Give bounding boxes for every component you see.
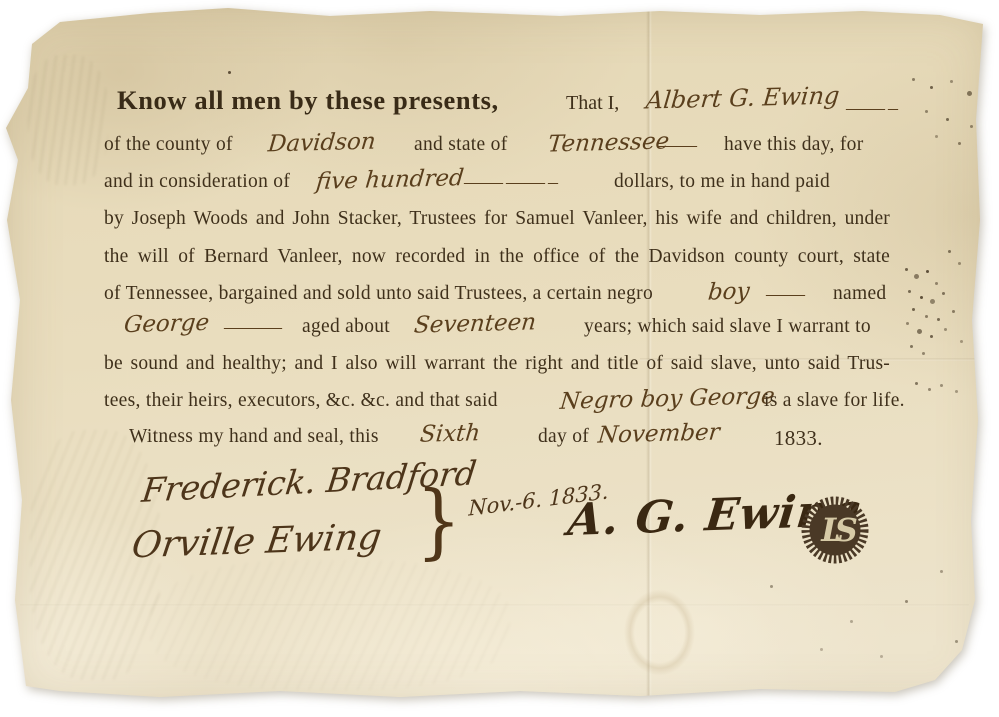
witness-signature-orville-ewing: Orville Ewing — [129, 517, 384, 567]
body-line6: of Tennessee, bargained and sold unto sa… — [104, 283, 653, 305]
ink-showthrough-top-left — [28, 55, 108, 185]
document-heading: Know all men by these presents, — [117, 85, 499, 116]
line2-tail: have this day, for — [724, 134, 864, 156]
aged-about-label: aged about — [302, 316, 390, 338]
line7-dash: ——— — [224, 316, 281, 339]
county-handwritten: Davidson — [267, 129, 377, 158]
body-line8: be sound and healthy; and I also will wa… — [104, 353, 890, 375]
negro-boy-george-handwritten: Negro boy George — [559, 383, 776, 415]
boy-handwritten: boy — [707, 278, 751, 305]
scanned-document-image: Know all men by these presents, That I, … — [0, 0, 999, 717]
year-printed: 1833. — [774, 426, 823, 451]
slave-for-life-label: is a slave for life. — [764, 390, 905, 412]
grantor-name-handwritten: Albert G. Ewing — [645, 81, 841, 114]
horizontal-crease-bottom — [20, 604, 969, 607]
day-of-label: day of — [538, 426, 589, 448]
county-label: of the county of — [104, 134, 233, 156]
body-line4: by Joseph Woods and John Stacker, Truste… — [104, 208, 890, 230]
line6-named: named — [833, 283, 886, 305]
body-line5: the will of Bernard Vanleer, now recorde… — [104, 246, 890, 268]
line6-dash: —— — [766, 283, 804, 306]
notary-seal: LS — [799, 494, 871, 566]
water-stain — [612, 575, 707, 690]
heading-dash: —— – — [846, 97, 897, 120]
state-label: and state of — [414, 134, 507, 156]
amount-handwritten: five hundred — [315, 165, 465, 195]
slave-name-handwritten: George — [123, 310, 211, 338]
month-handwritten: November — [597, 419, 721, 448]
state-handwritten: Tennessee — [547, 128, 671, 157]
signature-brace: } — [416, 472, 461, 568]
ink-showthrough-bottom-center — [150, 560, 510, 690]
body-line9: tees, their heirs, executors, &c. &c. an… — [104, 390, 498, 412]
heading-that-i: That I, — [566, 92, 619, 115]
line3-tail: dollars, to me in hand paid — [614, 171, 830, 193]
line7-tail: years; which said slave I warrant to — [584, 316, 871, 338]
consideration-label: and in consideration of — [104, 171, 290, 193]
line3-dash: —— —— – — [464, 171, 557, 194]
foxing-specks — [0, 0, 3, 3]
paper-sheet: Know all men by these presents, That I, … — [0, 0, 999, 717]
line2-dash: —— — [658, 134, 696, 157]
witness-clause: Witness my hand and seal, this — [129, 426, 379, 448]
day-handwritten: Sixth — [419, 420, 482, 448]
paper-shadow-wrap: Know all men by these presents, That I, … — [0, 0, 999, 717]
age-handwritten: Seventeen — [413, 309, 538, 338]
